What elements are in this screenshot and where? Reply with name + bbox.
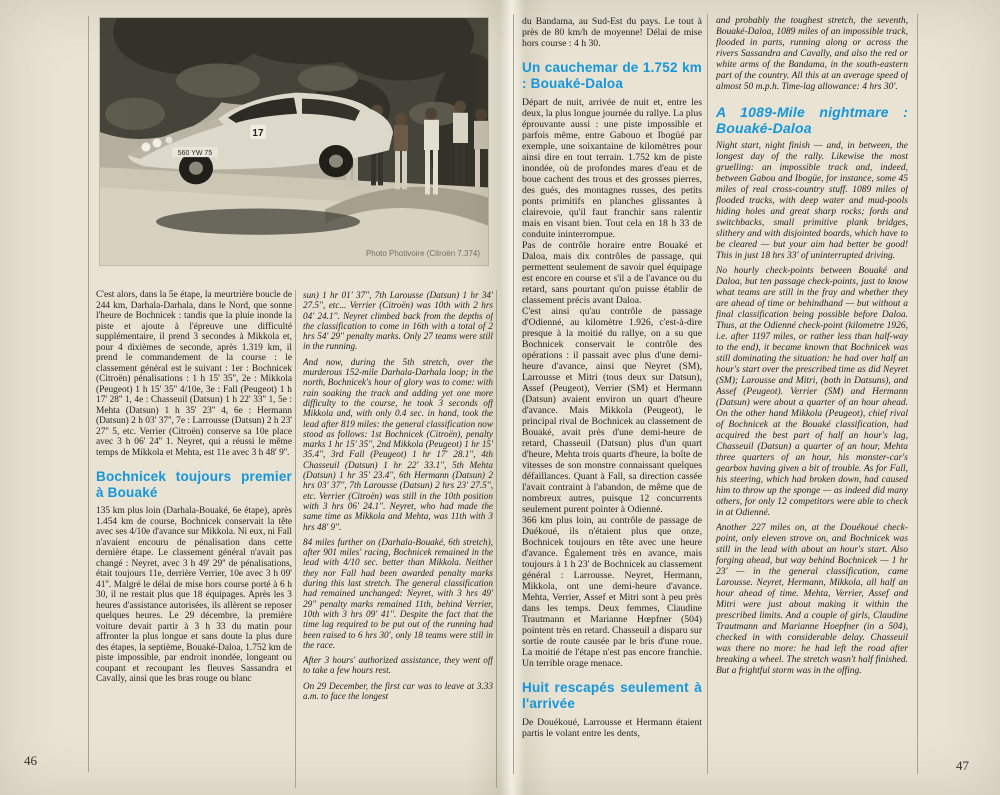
left-page-english-column: sun) 1 hr 01' 37'', 7th Larousse (Datsun… (303, 290, 493, 790)
right-page-left-rule (513, 14, 514, 774)
paragraph: On 29 December, the first car was to lea… (303, 681, 493, 702)
paragraph: 366 km plus loin, au contrôle de passage… (522, 515, 702, 669)
left-margin-rule (88, 16, 89, 772)
car-number-plate: 560 YW 75 (178, 150, 213, 157)
page-number-right: 47 (956, 758, 969, 774)
section-heading-rescapes: Huit rescapés seulement à l'arrivée (522, 680, 702, 712)
left-page-column-rule (295, 290, 296, 788)
section-heading-cauchemar: Un cauchemar de 1.752 km : Bouaké-Daloa (522, 60, 702, 92)
paragraph: Pas de contrôle horaire entre Bouaké et … (522, 240, 702, 306)
rally-photo: 560 YW 75 17 Photo Photivoire (Citroën 7… (100, 18, 488, 265)
left-page-french-column: C'est alors, dans la 5e étape, la meurtr… (96, 290, 292, 790)
right-page-english-column: and probably the toughest stretch, the s… (716, 16, 908, 788)
paragraph: C'est ainsi qu'au contrôle de passage d'… (522, 306, 702, 515)
paragraph: No hourly check-points between Bouaké an… (716, 266, 908, 519)
paragraph: du Bandama, au Sud-Est du pays. Le tout … (522, 16, 702, 49)
right-page-french-column: du Bandama, au Sud-Est du pays. Le tout … (522, 16, 702, 788)
paragraph: sun) 1 hr 01' 37'', 7th Larousse (Datsun… (303, 290, 493, 352)
paragraph: 135 km plus loin (Darhala-Bouaké, 6e éta… (96, 506, 292, 685)
rally-photo-illustration: 560 YW 75 17 Photo Photivoire (Citroën 7… (100, 18, 488, 265)
paragraph: Départ de nuit, arrivée de nuit et, entr… (522, 97, 702, 240)
paragraph: De Douékoué, Larrousse et Hermann étaien… (522, 717, 702, 739)
paragraph: Night start, night finish — and, in betw… (716, 141, 908, 262)
section-heading-bochnicek-premier: Bochnicek toujours premier à Bouaké (96, 469, 292, 501)
section-heading-nightmare: A 1089-Mile nightmare : Bouaké-Daloa (716, 104, 908, 136)
paragraph: And now, during the 5th stretch, over th… (303, 357, 493, 532)
paragraph: 84 miles further on (Darhala-Bouaké, 6th… (303, 537, 493, 650)
paragraph: After 3 hours' authorized assistance, th… (303, 655, 493, 676)
right-page-column-rule (707, 14, 708, 774)
right-page-right-rule (917, 14, 918, 774)
paragraph: Another 227 miles on, at the Douékoué ch… (716, 523, 908, 677)
paragraph: C'est alors, dans la 5e étape, la meurtr… (96, 290, 292, 458)
paragraph: and probably the toughest stretch, the s… (716, 16, 908, 93)
photo-caption: Photo Photivoire (Citroën 7.374) (366, 249, 480, 258)
svg-text:17: 17 (252, 128, 264, 139)
magazine-spread: 560 YW 75 17 Photo Photivoire (Citroën 7… (0, 0, 1000, 795)
page-number-left: 46 (24, 753, 37, 769)
